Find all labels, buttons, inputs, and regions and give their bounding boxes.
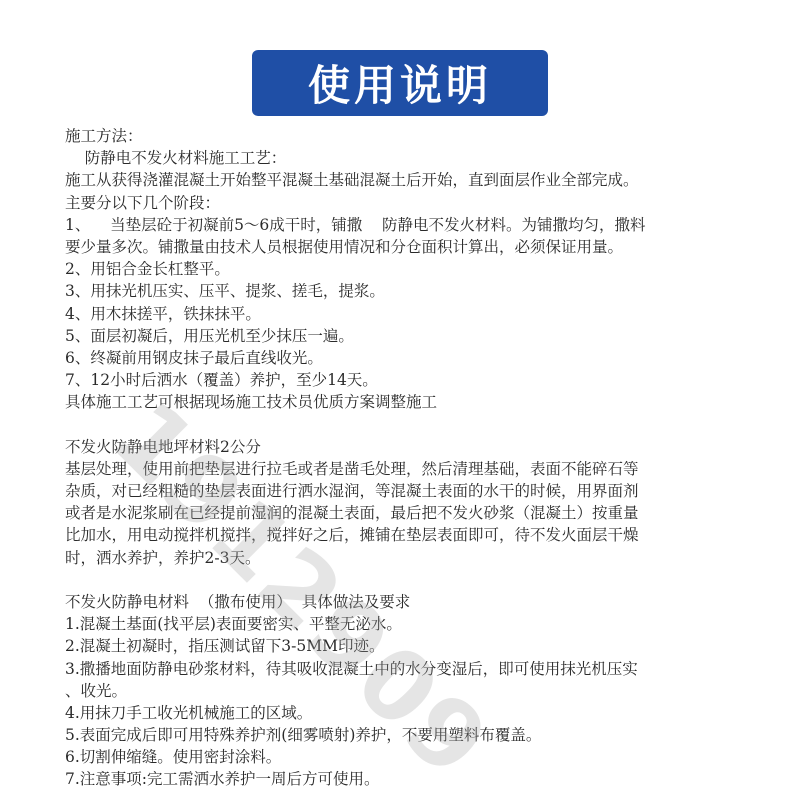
section2-line: 比加水，用电动搅拌机搅拌，搅拌好之后，摊铺在垫层表面即可，待不发火面层干燥 [65,524,755,546]
section3-line: 、收光。 [65,680,755,702]
section2-line: 杂质，对已经粗糙的垫层表面进行洒水湿润，等混凝土表面的水干的时候，用界面剂 [65,480,755,502]
section1-line: 具体施工工艺可根据现场施工技术员优质方案调整施工 [65,391,755,413]
title-banner: 使用说明 [252,50,548,116]
section2-line: 时，洒水养护，养护2-3天。 [65,547,755,569]
section2-line: 或者是水泥浆刷在已经提前湿润的混凝土表面，最后把不发火砂浆（混凝土）按重量 [65,502,755,524]
section1-line: 要少量多次。铺撒量由技术人员根据使用情况和分仓面积计算出，必须保证用量。 [65,236,755,258]
section1-line: 7、12小时后洒水（覆盖）养护，至少14天。 [65,369,755,391]
section1-line: 4、用木抹搓平，铁抹抹平。 [65,303,755,325]
section3-line: 2.混凝土初凝时，指压测试留下3-5MM印迹。 [65,635,755,657]
section1-line: 5、面层初凝后，用压光机至少抹压一遍。 [65,325,755,347]
section3-line: 7.注意事项:完工需洒水养护一周后方可使用。 [65,768,755,790]
section1-line: 主要分以下几个阶段： [65,192,755,214]
section1-subheading: 防静电不发火材料施工工艺： [65,147,755,169]
section3-line: 3.撒播地面防静电砂浆材料，待其吸收混凝土中的水分变湿后，即可使用抹光机压实 [65,658,755,680]
section3-line: 5.表面完成后即可用特殊养护剂(细雾喷射)养护，不要用塑料布覆盖。 [65,724,755,746]
section1-line: 施工从获得浇灌混凝土开始整平混凝土基础混凝土后开始，直到面层作业全部完成。 [65,169,755,191]
section3-line: 6.切割伸缩缝。使用密封涂料。 [65,746,755,768]
page-title: 使用说明 [308,53,492,113]
section1-line: 3、用抹光机压实、压平、提浆、搓毛，提浆。 [65,280,755,302]
section3-line: 4.用抹刀手工收光机械施工的区域。 [65,702,755,724]
spacer [65,413,755,435]
section2-line: 基层处理，使用前把垫层进行拉毛或者是凿毛处理，然后清理基础，表面不能碎石等 [65,458,755,480]
spacer [65,569,755,591]
section1-line: 6、终凝前用钢皮抹子最后直线收光。 [65,347,755,369]
instructions-body: 施工方法： 防静电不发火材料施工工艺： 施工从获得浇灌混凝土开始整平混凝土基础混… [65,125,755,791]
section3-heading: 不发火防静电材料 （撒布使用） 具体做法及要求 [65,591,755,613]
section3-line: 1.混凝土基面(找平层)表面要密实、平整无泌水。 [65,613,755,635]
section1-line: 1、 当垫层砼于初凝前5～6成干时，铺撒 防静电不发火材料。为铺撒均匀，撒料 [65,214,755,236]
section1-line: 2、用铝合金长杠整平。 [65,258,755,280]
section1-heading: 施工方法： [65,125,755,147]
section2-heading: 不发火防静电地坪材料2公分 [65,436,755,458]
